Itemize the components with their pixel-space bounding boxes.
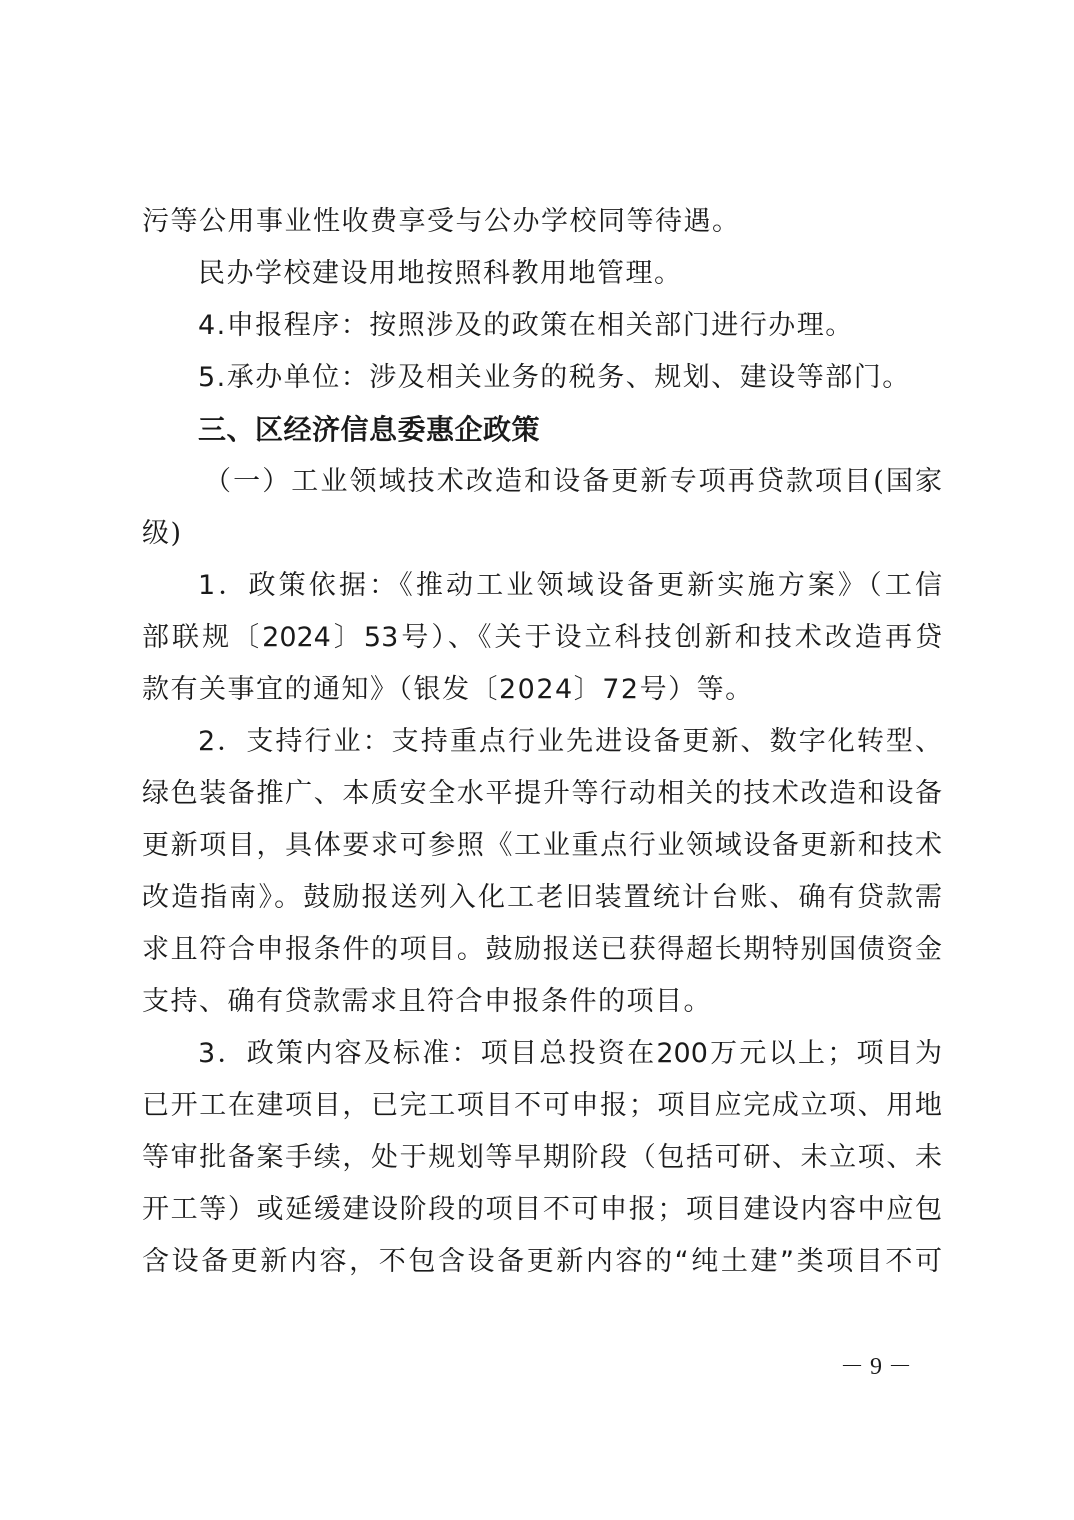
paragraph-line: 5.承办单位：涉及相关业务的税务、规划、建设等部门。 [198,358,942,398]
section-heading: 三、区经济信息委惠企政策 [198,410,942,450]
item-3-line: 开工等）或延缓建设阶段的项目不可申报；项目建设内容中应包 [142,1190,942,1230]
item-2-line: 绿色装备推广、本质安全水平提升等行动相关的技术改造和设备 [142,774,942,814]
item-2-line: 改造指南》。鼓励报送列入化工老旧装置统计台账、确有贷款需 [142,878,942,918]
item-2-line: 支持、确有贷款需求且符合申报条件的项目。 [142,982,942,1022]
paragraph-line: 污等公用事业性收费享受与公办学校同等待遇。 [142,202,942,242]
document-page: 污等公用事业性收费享受与公办学校同等待遇。 民办学校建设用地按照科教用地管理。 … [0,0,1074,1520]
page-number: － 9 － [836,1346,916,1381]
item-3-line: 已开工在建项目，已完工项目不可申报；项目应完成立项、用地 [142,1086,942,1126]
item-3-line: 含设备更新内容，不包含设备更新内容的“纯土建”类项目不可 [142,1242,942,1282]
item-2-line: 求且符合申报条件的项目。鼓励报送已获得超长期特别国债资金 [142,930,942,970]
subsection-heading: （一）工业领域技术改造和设备更新专项再贷款项目(国家 [204,462,942,502]
subsection-heading-continued: 级) [142,514,942,554]
item-3-line: 3．政策内容及标准：项目总投资在200万元以上；项目为 [198,1034,942,1074]
item-2-line: 2．支持行业：支持重点行业先进设备更新、数字化转型、 [198,722,942,762]
paragraph-line: 4.申报程序：按照涉及的政策在相关部门进行办理。 [198,306,942,346]
item-1-line: 款有关事宜的通知》（银发〔2024〕72号）等。 [142,670,942,710]
item-1-line: 部联规〔2024〕53号）、《关于设立科技创新和技术改造再贷 [142,618,942,658]
item-1-line: 1．政策依据：《推动工业领域设备更新实施方案》（工信 [198,566,942,606]
item-3-line: 等审批备案手续，处于规划等早期阶段（包括可研、未立项、未 [142,1138,942,1178]
item-2-line: 更新项目，具体要求可参照《工业重点行业领域设备更新和技术 [142,826,942,866]
paragraph-line: 民办学校建设用地按照科教用地管理。 [198,254,942,294]
